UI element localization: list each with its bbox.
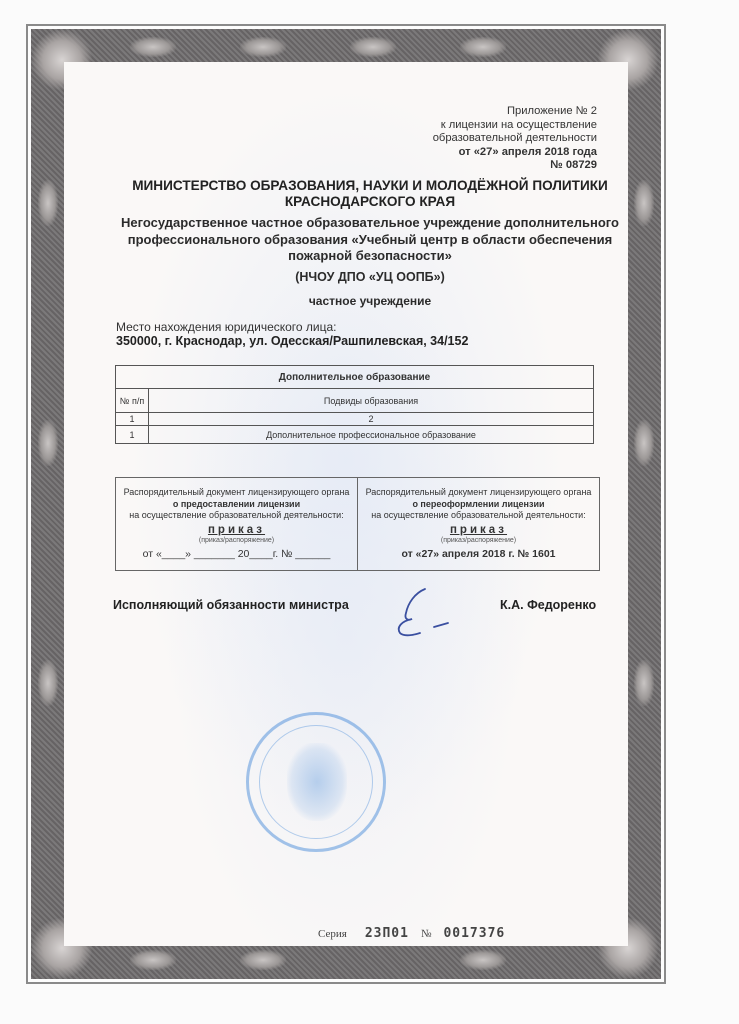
order-date: от «____» _______ 20____г. № ______ [116,549,357,561]
grant-order: Распорядительный документ лицензирующего… [116,478,357,570]
appendix-reference: к лицензии на осуществление [357,119,597,133]
organization-name: Негосударственное частное образовательно… [100,215,640,265]
order-date: от «27» апреля 2018 г. № 1601 [358,549,599,561]
order-type: о переоформлении лицензии [358,499,599,511]
location-label: Место нахождения юридического лица: [116,320,337,334]
border-ornament [130,37,176,57]
signatory-name: К.А. Федоренко [500,598,596,612]
order-description-cont: на осуществление образовательной деятель… [116,510,357,522]
row-subtype: Дополнительное профессиональное образова… [149,426,594,444]
border-ornament [460,37,506,57]
organization-name-line: пожарной безопасности» [100,248,640,265]
signature-icon [390,585,470,645]
blank-number: 0017376 [443,926,505,941]
organization-type: частное учреждение [100,294,640,308]
ministry-name: МИНИСТЕРСТВО ОБРАЗОВАНИЯ, НАУКИ И МОЛОДЁ… [100,178,640,194]
border-ornament [38,660,58,706]
border-ornament [460,950,506,970]
appendix-reference-cont: образовательной деятельности [357,132,597,146]
license-number: № 08729 [357,159,597,173]
organization-abbreviation: (НЧОУ ДПО «УЦ ООПБ») [100,270,640,284]
order-description: Распорядительный документ лицензирующего… [116,487,357,499]
reissue-order: Распорядительный документ лицензирующего… [357,478,599,570]
border-ornament [240,950,286,970]
appendix-date: от «27» апреля 2018 года [357,146,597,160]
order-document-type: приказ [116,525,357,537]
order-type: о предоставлении лицензии [116,499,357,511]
column-header-subtype: Подвиды образования [149,389,594,413]
location-address: 350000, г. Краснодар, ул. Одесская/Рашпи… [116,334,468,348]
appendix-number: Приложение № 2 [357,105,597,119]
series-number: Серия 23П01 № 0017376 [318,924,505,942]
education-table-title: Дополнительное образование [116,366,594,389]
border-ornament [634,420,654,466]
order-document-hint: (приказ/распоряжение) [116,536,357,546]
education-table: Дополнительное образование № п/п Подвиды… [115,365,594,444]
border-ornament [350,37,396,57]
organization-name-line: профессионального образования «Учебный ц… [100,232,640,249]
index-cell: 1 [116,413,149,426]
signatory-title: Исполняющий обязанности министра [113,598,349,612]
orders-box: Распорядительный документ лицензирующего… [115,477,600,571]
organization-name-line: Негосударственное частное образовательно… [100,215,640,232]
coat-of-arms-icon [287,743,347,821]
row-number: 1 [116,426,149,444]
border-ornament [634,660,654,706]
ministry-region: КРАСНОДАРСКОГО КРАЯ [100,194,640,210]
border-ornament [38,180,58,226]
column-header-number: № п/п [116,389,149,413]
appendix-header: Приложение № 2 к лицензии на осуществлен… [357,105,597,173]
ministry-title: МИНИСТЕРСТВО ОБРАЗОВАНИЯ, НАУКИ И МОЛОДЁ… [100,178,640,210]
border-ornament [130,950,176,970]
border-ornament [240,37,286,57]
order-document-hint: (приказ/распоряжение) [358,536,599,546]
series-code: 23П01 [365,926,409,941]
official-seal-icon [246,712,386,852]
order-description: Распорядительный документ лицензирующего… [358,487,599,499]
order-document-type: приказ [358,525,599,537]
border-ornament [38,420,58,466]
index-cell: 2 [149,413,594,426]
series-label: Серия [318,928,347,940]
number-sign: № [421,928,432,940]
order-description-cont: на осуществление образовательной деятель… [358,510,599,522]
table-row: 1 Дополнительное профессиональное образо… [116,426,594,444]
